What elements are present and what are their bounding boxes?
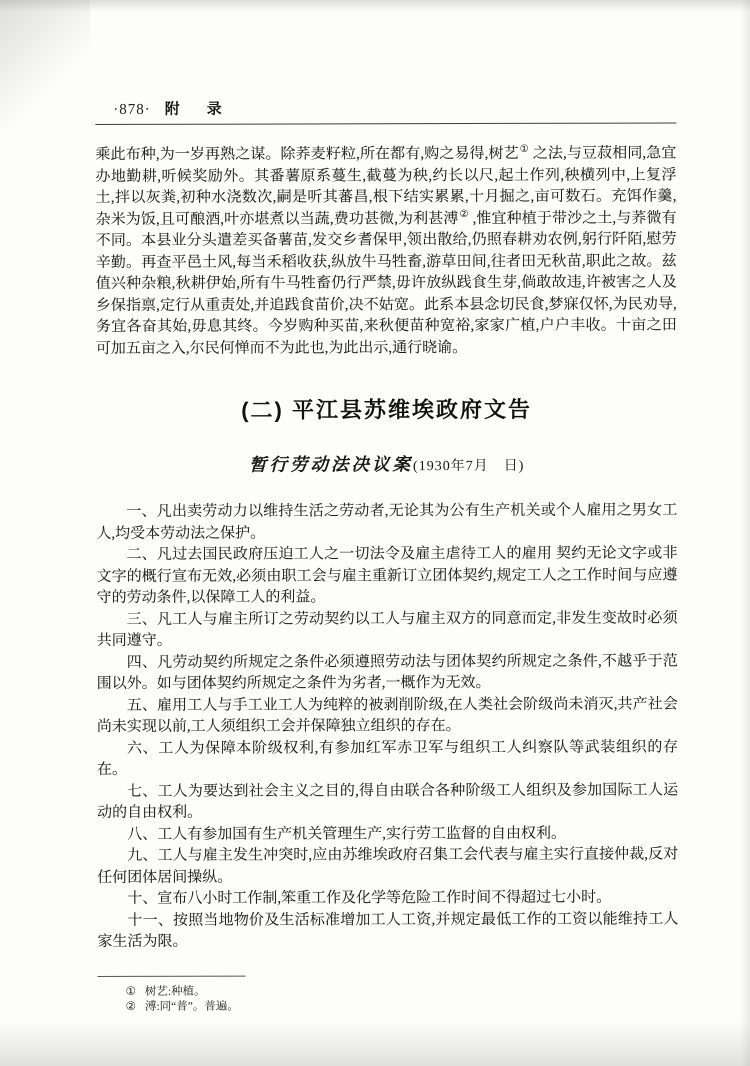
page-content: ·878· 附 录 乘此布种,为一岁再熟之谋。除荞麦籽粒,所在都有,购之易得,树…	[95, 0, 679, 1014]
footnote-text-2: 溥:同“普”。普遍。	[145, 998, 679, 1014]
header-rule	[95, 122, 676, 125]
footnote-item: ② 溥:同“普”。普遍。	[126, 998, 679, 1014]
article-2: 二、凡过去国民政府压迫工人之一切法令及雇主虐待工人的雇用 契约无论文字或非文字的…	[96, 543, 677, 609]
footnote-item: ① 树艺:种植。	[126, 983, 679, 999]
footnote-text-1: 树艺:种植。	[145, 983, 679, 999]
paragraph-segment: ,惟宜种植于带沙之土,与荞微有不同。本县业分头遣差买备薯苗,发交乡耆保甲,领出散…	[96, 210, 677, 357]
footnote-ref-2: ②	[459, 209, 468, 220]
article-9: 九、工人与雇主发生冲突时,应由苏维埃政府召集工会代表与雇主实行直接仲裁,反对任何…	[97, 844, 678, 889]
footnote-divider	[98, 975, 246, 976]
article-7: 七、工人为要达到社会主义之目的,得自由联合各种阶级工人组织及参加国际工人运动的自…	[97, 780, 678, 825]
article-6: 六、工人为保障本阶级权利,有参加红军赤卫军与组织工人纠察队等武装组织的存在。	[97, 737, 678, 782]
scan-edge-right	[740, 0, 750, 1066]
scanned-book-page: ·878· 附 录 乘此布种,为一岁再熟之谋。除荞麦籽粒,所在都有,购之易得,树…	[0, 0, 750, 1066]
document-subtitle: 暂行劳动法决议案(1930年7月 日)	[96, 450, 677, 477]
article-1: 一、凡出卖劳动力以维持生活之劳动者,无论其为公有生产机关或个人雇用之男女工人,均…	[96, 500, 677, 545]
article-10: 十、宣布八小时工作制,笨重工作及化学等危险工作时间不得超过七小时。	[97, 887, 678, 910]
article-11: 十一、按照当地物价及生活标准增加工人工资,并规定最低工作的工资以能维持工人家生活…	[97, 909, 678, 954]
article-8: 八、工人有参加国有生产机关管理生产,实行劳工监督的自由权利。	[97, 823, 678, 846]
footnote-ref-1: ①	[520, 144, 529, 155]
subtitle-date: (1930年7月 日)	[413, 459, 524, 474]
paragraph-segment: 乘此布种,为一岁再熟之谋。除荞麦籽粒,所在都有,购之易得,树艺	[95, 146, 518, 163]
section-label: 附 录	[165, 98, 228, 119]
article-5: 五、雇用工人与手工业工人为纯粹的被剥削阶级,在人类社会阶级尚未消灭,共产社会尚未…	[97, 694, 678, 739]
footnote-marker-2: ②	[126, 999, 136, 1014]
subtitle-name: 暂行劳动法决议案	[249, 454, 413, 474]
footnote-marker-1: ①	[126, 984, 136, 999]
article-3: 三、凡工人与雇主所订之劳动契约以工人与雇主双方的同意而定,非发生变故时必须共同遵…	[97, 608, 678, 653]
article-4: 四、凡劳动契约所规定之条件必须遵照劳动法与团体契约所规定之条件,不越乎于范围以外…	[97, 651, 678, 696]
document-title: (二) 平江县苏维埃政府文告	[96, 392, 677, 425]
article-list: 一、凡出卖劳动力以维持生活之劳动者,无论其为公有生产机关或个人雇用之男女工人,均…	[96, 500, 678, 953]
scan-edge-bottom	[0, 1020, 750, 1066]
footnote-block: ① 树艺:种植。 ② 溥:同“普”。普遍。	[98, 974, 679, 1015]
footnote-list: ① 树艺:种植。 ② 溥:同“普”。普遍。	[98, 983, 679, 1015]
scan-edge-corner	[0, 0, 90, 130]
continuation-paragraph: 乘此布种,为一岁再熟之谋。除荞麦籽粒,所在都有,购之易得,树艺①之法,与豆菽相同…	[95, 143, 677, 360]
running-header: ·878· 附 录	[95, 0, 676, 125]
page-number: ·878·	[113, 102, 151, 119]
